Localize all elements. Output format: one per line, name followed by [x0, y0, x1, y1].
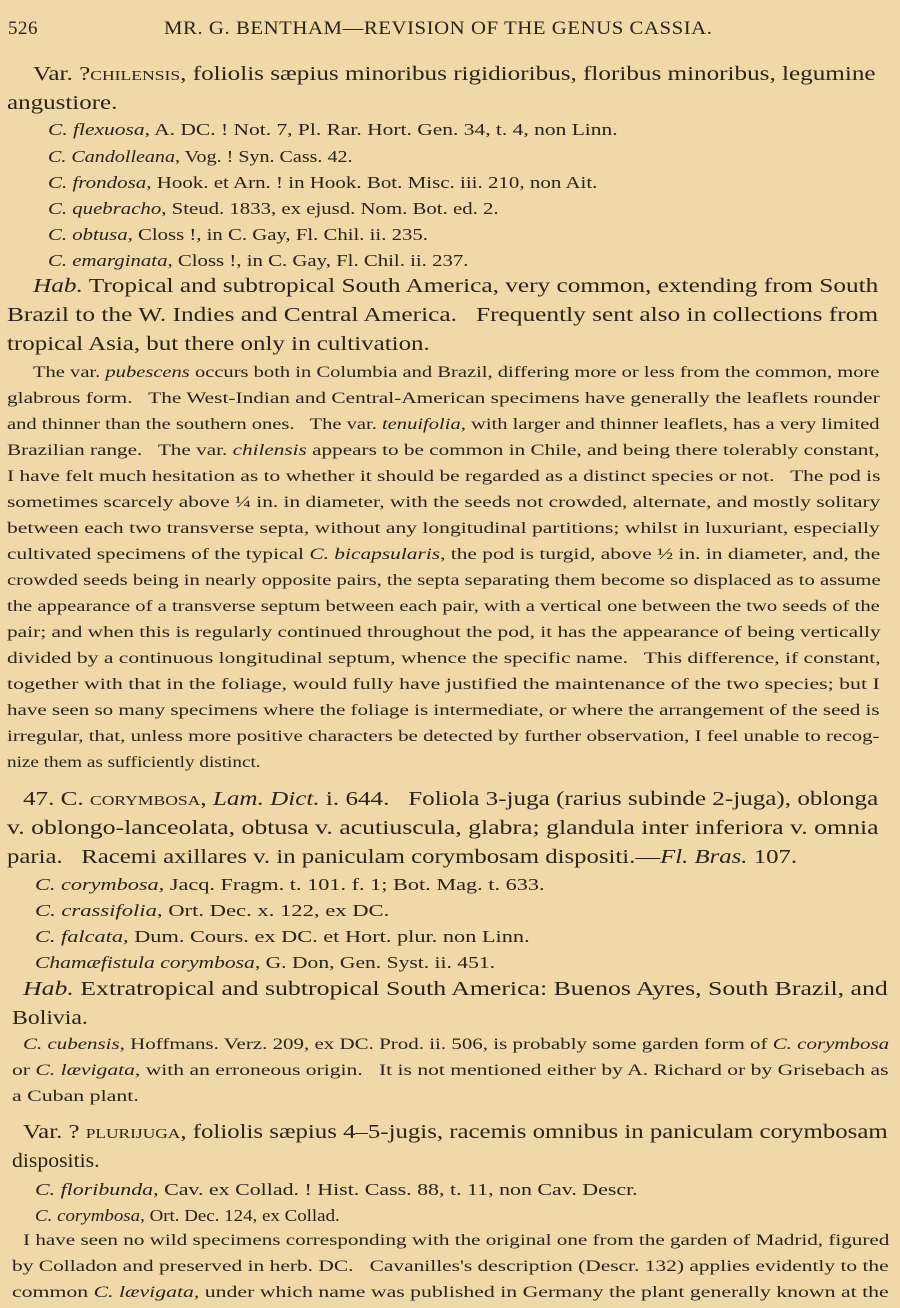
text-line: dispositis. [12, 1150, 100, 1173]
text-line: between each two transverse septa, witho… [7, 520, 880, 538]
text-line: sometimes scarcely above ¼ in. in diamet… [7, 494, 880, 512]
text-line: The var. pubescens occurs both in Columb… [33, 364, 879, 382]
running-title: MR. G. BENTHAM—REVISION OF THE GENUS CAS… [164, 18, 712, 40]
text-line: Var. ?chilensis, foliolis sæpius minorib… [33, 63, 876, 86]
text-line: C. frondosa, Hook. et Arn. ! in Hook. Bo… [48, 173, 597, 193]
text-line: Hab. Extratropical and subtropical South… [23, 978, 888, 1001]
text-line: C. corymbosa, Jacq. Fragm. t. 101. f. 1;… [35, 875, 545, 895]
text-line: C. crassifolia, Ort. Dec. x. 122, ex DC. [35, 901, 389, 921]
text-line: v. oblongo-lanceolata, obtusa v. acutius… [7, 817, 879, 840]
text-line: nize them as sufficiently distinct. [7, 754, 261, 772]
text-line: or C. lævigata, with an erroneous origin… [12, 1062, 889, 1080]
text-line: Brazil to the W. Indies and Central Amer… [7, 304, 878, 327]
text-line: C. emarginata, Closs !, in C. Gay, Fl. C… [48, 251, 469, 271]
text-line: C. quebracho, Steud. 1833, ex ejusd. Nom… [48, 199, 499, 219]
text-line: C. corymbosa, Ort. Dec. 124, ex Collad. [35, 1206, 340, 1226]
text-line: C. flexuosa, A. DC. ! Not. 7, Pl. Rar. H… [48, 120, 618, 140]
text-line: C. cubensis, Hoffmans. Verz. 209, ex DC.… [23, 1036, 889, 1054]
text-line: Hab. Tropical and subtropical South Amer… [33, 275, 878, 298]
text-line: C. floribunda, Cav. ex Collad. ! Hist. C… [35, 1180, 638, 1200]
text-line: I have felt much hesitation as to whethe… [7, 468, 880, 486]
text-line: together with that in the foliage, would… [7, 676, 880, 694]
text-line: irregular, that, unless more positive ch… [7, 728, 880, 746]
text-line: divided by a continuous longitudinal sep… [7, 650, 881, 668]
text-line: glabrous form. The West-Indian and Centr… [7, 390, 880, 408]
text-line: Brazilian range. The var. chilensis appe… [7, 442, 880, 460]
document-page: 526MR. G. BENTHAM—REVISION OF THE GENUS … [0, 0, 900, 1308]
page-number: 526 [8, 18, 38, 40]
text-line: Var. ? plurijuga, foliolis sæpius 4–5-ju… [23, 1121, 888, 1144]
text-line: pair; and when this is regularly continu… [7, 624, 881, 642]
text-line: Bolivia. [12, 1007, 88, 1030]
text-line: 47. C. corymbosa, Lam. Dict. i. 644. Fol… [23, 788, 878, 811]
text-line: C. obtusa, Closs !, in C. Gay, Fl. Chil.… [48, 225, 428, 245]
text-line: a Cuban plant. [12, 1088, 139, 1106]
text-line: cultivated specimens of the typical C. b… [7, 546, 880, 564]
text-line: by Colladon and preserved in herb. DC. C… [12, 1258, 889, 1276]
text-line: Chamæfistula corymbosa, G. Don, Gen. Sys… [35, 953, 495, 973]
text-line: paria. Racemi axillares v. in paniculam … [7, 846, 797, 869]
text-line: the appearance of a transverse septum be… [7, 598, 880, 616]
text-line: C. falcata, Dum. Cours. ex DC. et Hort. … [35, 927, 530, 947]
text-line: have seen so many specimens where the fo… [7, 702, 880, 720]
text-line: crowded seeds being in nearly opposite p… [7, 572, 881, 590]
text-line: common C. lævigata, under which name was… [12, 1284, 889, 1302]
text-line: I have seen no wild specimens correspond… [23, 1232, 889, 1250]
text-line: and thinner than the southern ones. The … [7, 416, 880, 434]
text-line: tropical Asia, but there only in cultiva… [7, 333, 430, 356]
text-line: angustiore. [7, 92, 117, 115]
text-line: C. Candolleana, Vog. ! Syn. Cass. 42. [48, 147, 353, 167]
